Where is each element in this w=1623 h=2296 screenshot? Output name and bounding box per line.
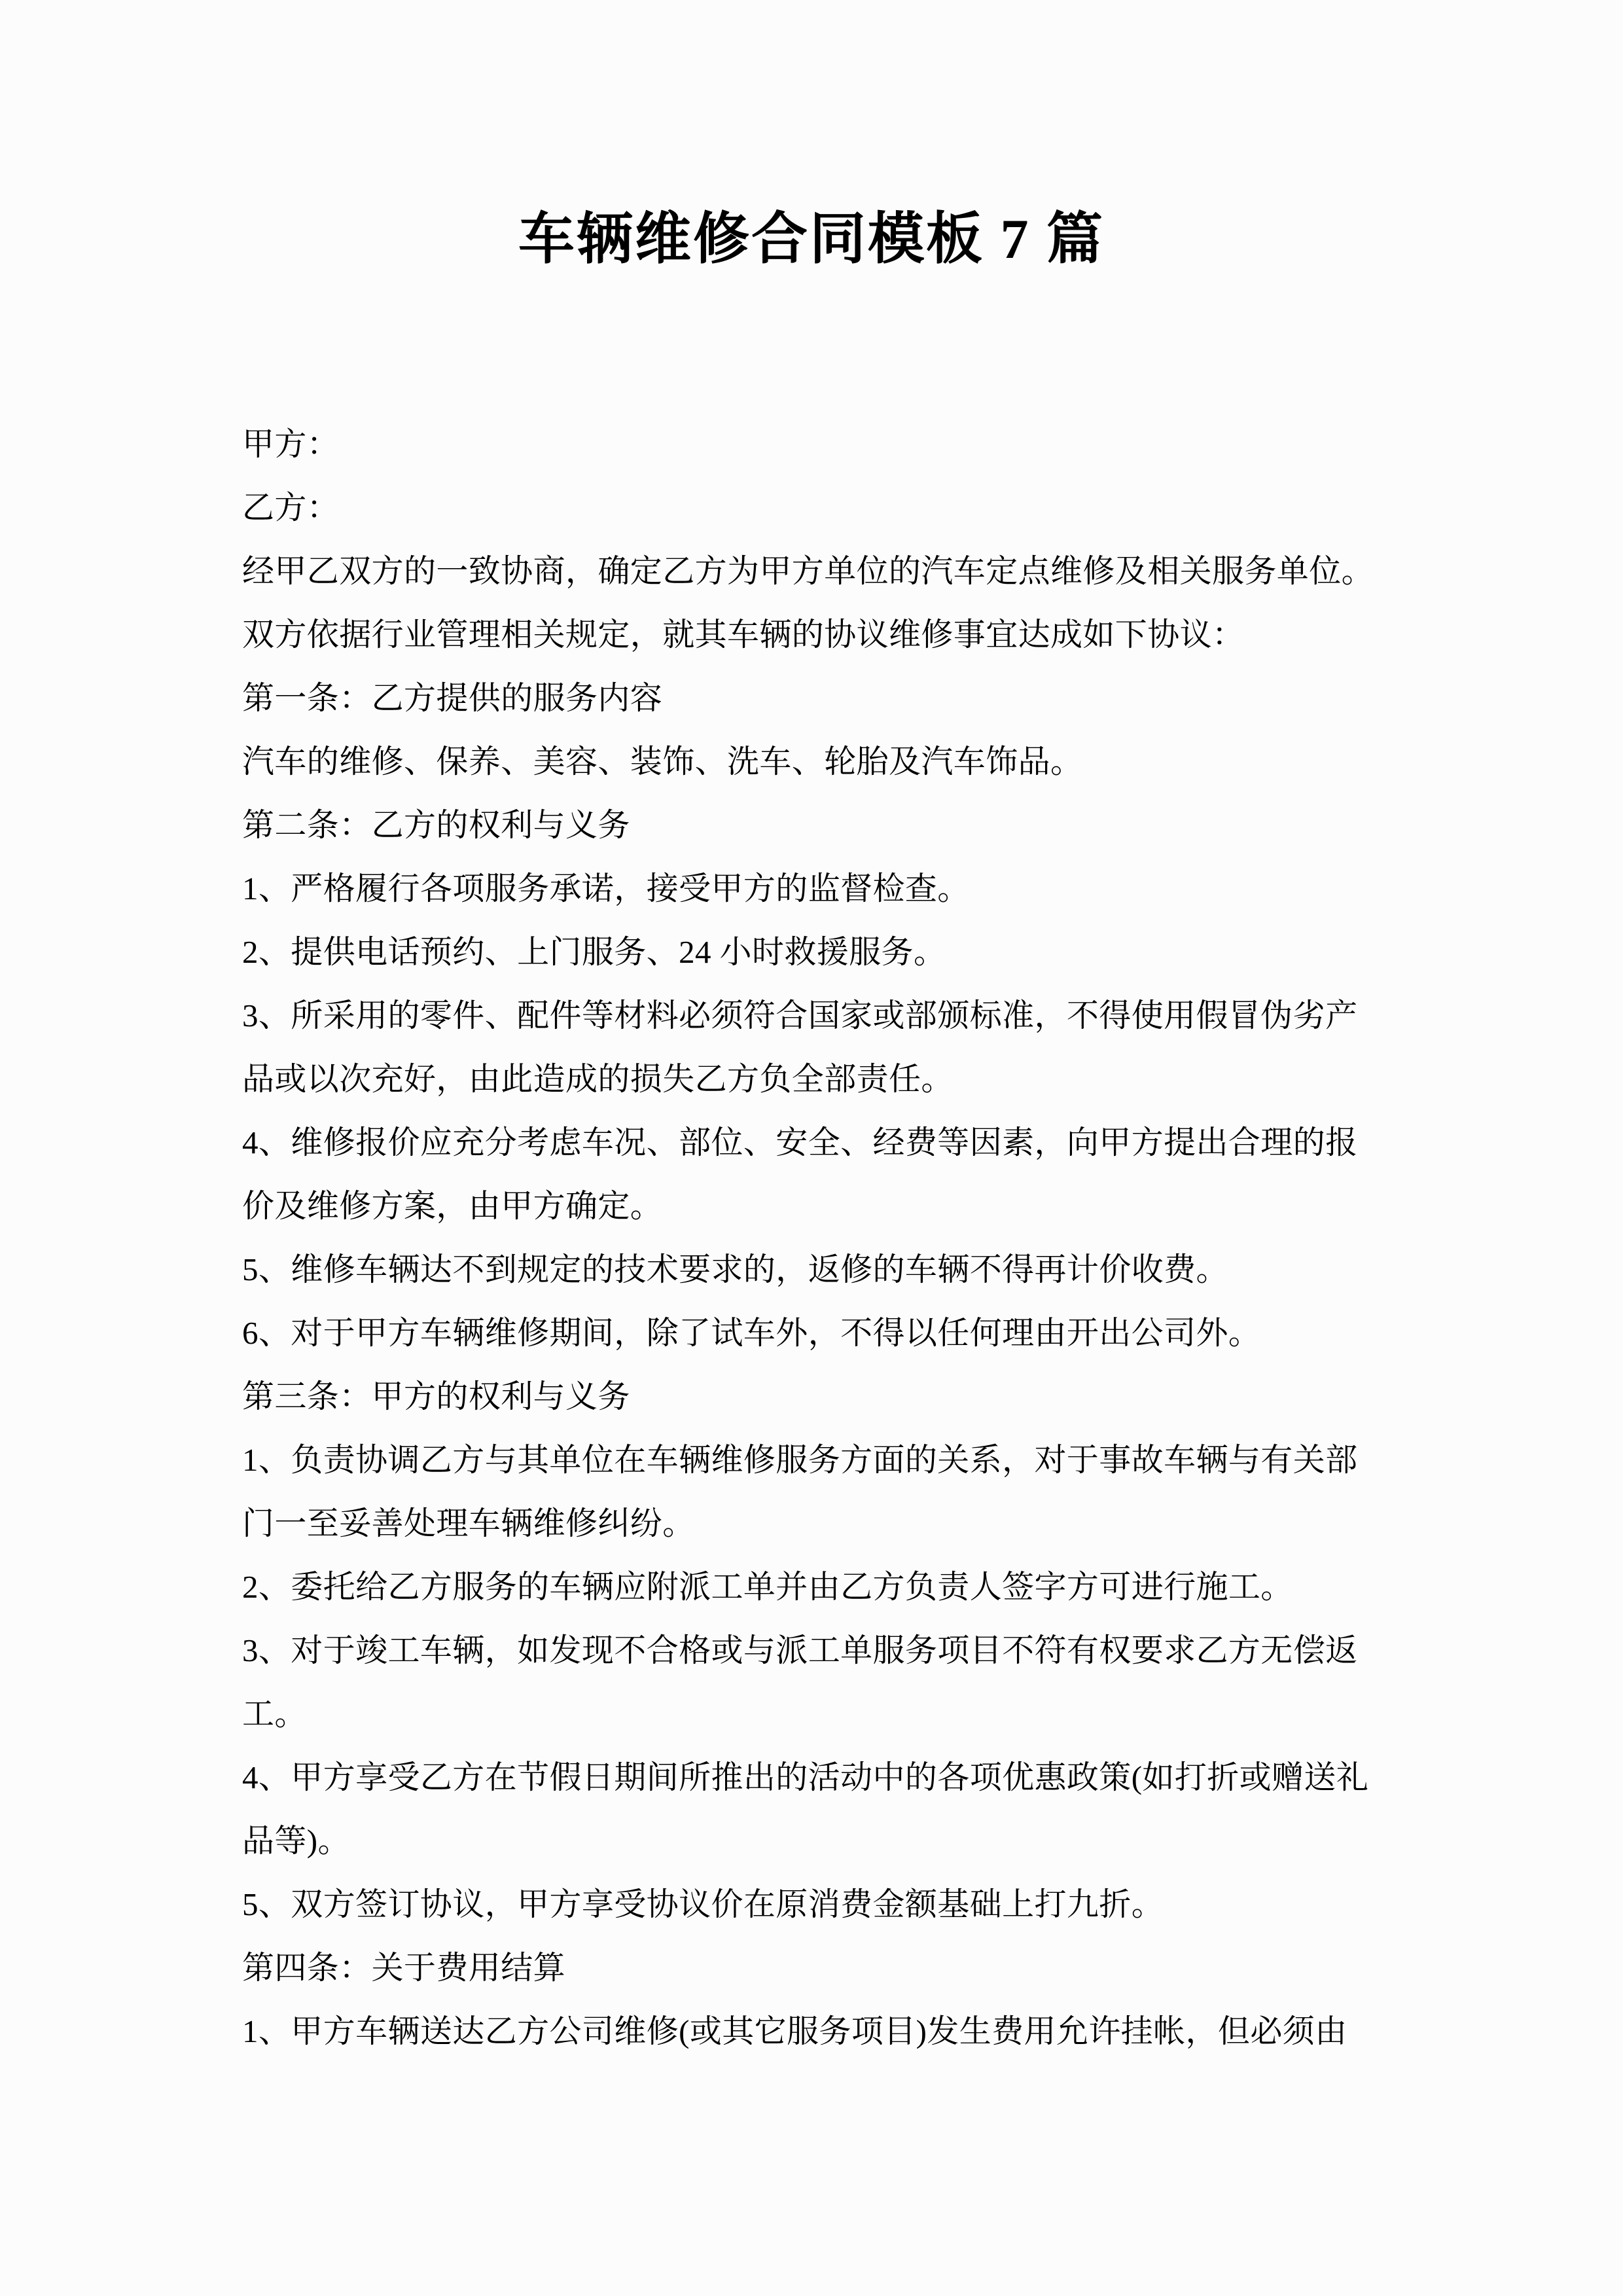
document-line: 3、所采用的零件、配件等材料必须符合国家或部颁标准，不得使用假冒伪劣产 <box>242 984 1623 1047</box>
document-line: 第四条：关于费用结算 <box>242 1936 1623 2000</box>
document-line: 品或以次充好，由此造成的损失乙方负全部责任。 <box>242 1047 1623 1111</box>
document-line: 双方依据行业管理相关规定，就其车辆的协议维修事宜达成如下协议： <box>242 603 1623 666</box>
document-body: 甲方：乙方：经甲乙双方的一致协商，确定乙方为甲方单位的汽车定点维修及相关服务单位… <box>0 412 1623 2063</box>
document-line: 汽车的维修、保养、美容、装饰、洗车、轮胎及汽车饰品。 <box>242 730 1623 793</box>
document-line: 第三条：甲方的权利与义务 <box>242 1365 1623 1428</box>
document-line: 第一条：乙方提供的服务内容 <box>242 666 1623 730</box>
document-line: 4、维修报价应充分考虑车况、部位、安全、经费等因素，向甲方提出合理的报 <box>242 1111 1623 1174</box>
document-line: 6、对于甲方车辆维修期间，除了试车外，不得以任何理由开出公司外。 <box>242 1301 1623 1365</box>
document-line: 5、维修车辆达不到规定的技术要求的，返修的车辆不得再计价收费。 <box>242 1238 1623 1301</box>
document-line: 甲方： <box>242 412 1623 476</box>
document-line: 1、严格履行各项服务承诺，接受甲方的监督检查。 <box>242 857 1623 920</box>
document-line: 价及维修方案，由甲方确定。 <box>242 1174 1623 1238</box>
document-line: 门一至妥善处理车辆维修纠纷。 <box>242 1492 1623 1555</box>
document-line: 1、甲方车辆送达乙方公司维修(或其它服务项目)发生费用允许挂帐，但必须由 <box>242 2000 1623 2063</box>
document-line: 乙方： <box>242 476 1623 539</box>
document-line: 工。 <box>242 1682 1623 1746</box>
document-line: 3、对于竣工车辆，如发现不合格或与派工单服务项目不符有权要求乙方无偿返 <box>242 1619 1623 1682</box>
document-page: 车辆维修合同模板 7 篇 甲方：乙方：经甲乙双方的一致协商，确定乙方为甲方单位的… <box>0 0 1623 2296</box>
document-line: 2、委托给乙方服务的车辆应附派工单并由乙方负责人签字方可进行施工。 <box>242 1555 1623 1619</box>
document-line: 1、负责协调乙方与其单位在车辆维修服务方面的关系，对于事故车辆与有关部 <box>242 1428 1623 1492</box>
document-line: 第二条：乙方的权利与义务 <box>242 793 1623 857</box>
document-line: 4、甲方享受乙方在节假日期间所推出的活动中的各项优惠政策(如打折或赠送礼 <box>242 1746 1623 1809</box>
document-line: 经甲乙双方的一致协商，确定乙方为甲方单位的汽车定点维修及相关服务单位。 <box>242 539 1623 603</box>
document-line: 品等)。 <box>242 1809 1623 1873</box>
document-title: 车辆维修合同模板 7 篇 <box>0 0 1623 267</box>
document-line: 2、提供电话预约、上门服务、24 小时救援服务。 <box>242 920 1623 984</box>
document-line: 5、双方签订协议，甲方享受协议价在原消费金额基础上打九折。 <box>242 1873 1623 1936</box>
